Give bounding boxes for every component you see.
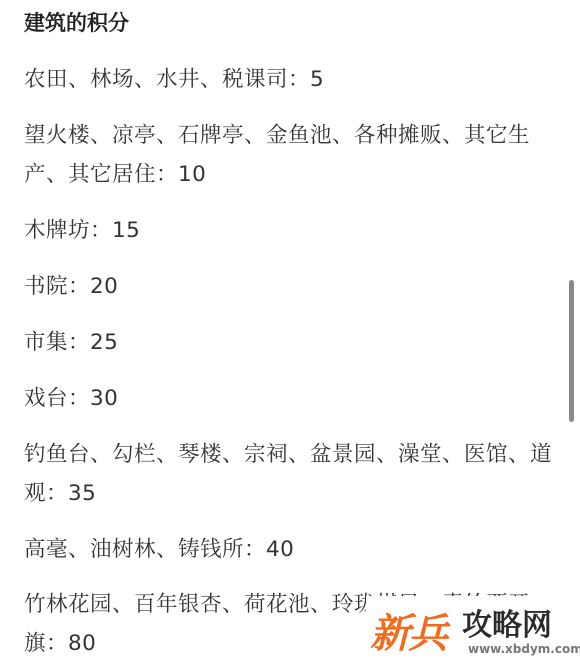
score-line-25: 市集：25 xyxy=(24,323,554,362)
score-line-10: 望火楼、凉亭、石牌亭、金鱼池、各种摊贩、其它生产、其它居住：10 xyxy=(24,116,554,194)
watermark-url: www.xbdym.com xyxy=(468,642,580,656)
score-line-35: 钓鱼台、勾栏、琴楼、宗祠、盆景园、澡堂、医馆、道观：35 xyxy=(24,435,554,513)
score-line-40: 高毫、油树林、铸钱所：40 xyxy=(24,530,554,569)
watermark-brand: 新兵 xyxy=(370,602,446,659)
watermark-logo: 新兵 攻略网 www.xbdym.com xyxy=(366,596,580,664)
score-line-20: 书院：20 xyxy=(24,267,554,306)
watermark-name: 攻略网 xyxy=(462,600,552,644)
score-line-5: 农田、林场、水井、税课司：5 xyxy=(24,60,554,99)
score-line-15: 木牌坊：15 xyxy=(24,211,554,250)
section-title: 建筑的积分 xyxy=(24,8,129,38)
vertical-scrollbar[interactable] xyxy=(569,280,574,422)
score-line-30: 戏台：30 xyxy=(24,379,554,418)
